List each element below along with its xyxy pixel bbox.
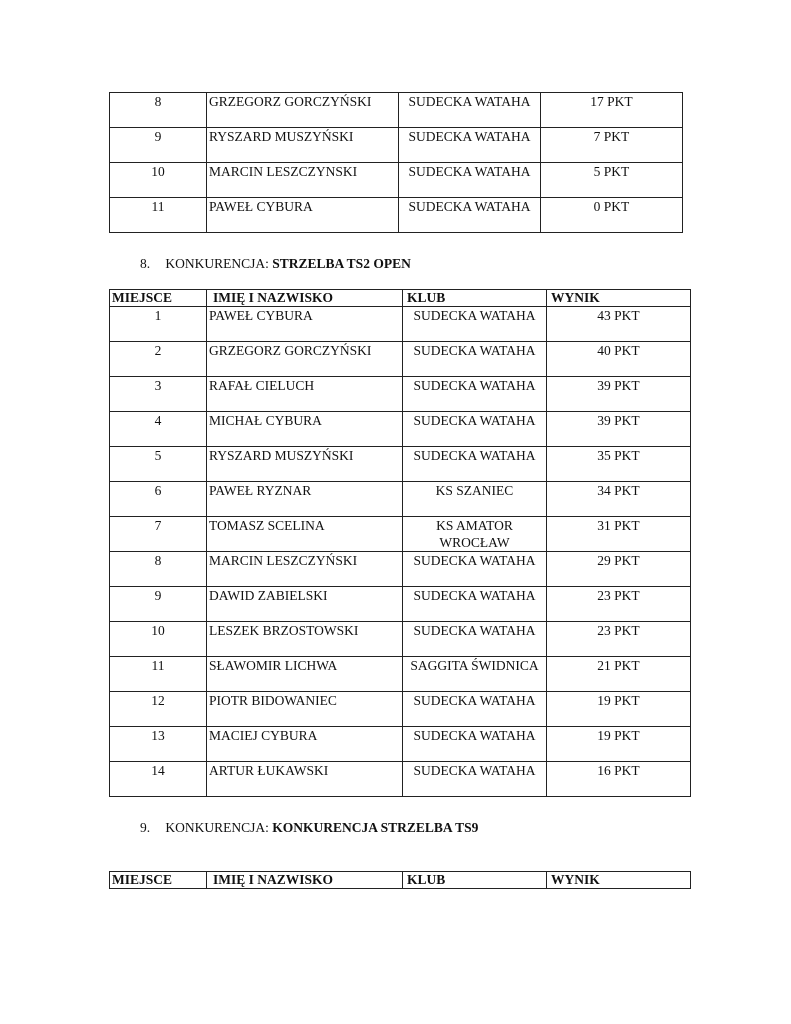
cell-score: 17 PKT: [541, 93, 683, 128]
table-row: 2GRZEGORZ GORCZYŃSKISUDECKA WATAHA40 PKT: [110, 342, 691, 377]
cell-club: SUDECKA WATAHA: [399, 163, 541, 198]
cell-place: 9: [110, 587, 207, 622]
table-row: 3RAFAŁ CIELUCHSUDECKA WATAHA39 PKT: [110, 377, 691, 412]
cell-name: SŁAWOMIR LICHWA: [207, 657, 403, 692]
section-number: 9.: [140, 820, 162, 836]
cell-name: PAWEŁ RYZNAR: [207, 482, 403, 517]
cell-name: LESZEK BRZOSTOWSKI: [207, 622, 403, 657]
cell-name: MARCIN LESZCZYNSKI: [207, 163, 399, 198]
cell-score: 43 PKT: [547, 307, 691, 342]
cell-place: 14: [110, 762, 207, 797]
cell-club: SUDECKA WATAHA: [403, 377, 547, 412]
table-row: 10LESZEK BRZOSTOWSKISUDECKA WATAHA23 PKT: [110, 622, 691, 657]
results-table-ts2-open: MIEJSCE IMIĘ I NAZWISKO KLUB WYNIK 1PAWE…: [109, 289, 691, 797]
cell-score: 21 PKT: [547, 657, 691, 692]
header-place: MIEJSCE: [110, 872, 207, 889]
cell-place: 13: [110, 727, 207, 762]
cell-score: 23 PKT: [547, 587, 691, 622]
section-heading-ts9: 9. KONKURENCJA: KONKURENCJA STRZELBA TS9: [140, 820, 478, 836]
header-name: IMIĘ I NAZWISKO: [207, 290, 403, 307]
cell-name: PAWEŁ CYBURA: [207, 307, 403, 342]
cell-score: 19 PKT: [547, 692, 691, 727]
header-score: WYNIK: [547, 872, 691, 889]
table-row: 9DAWID ZABIELSKISUDECKA WATAHA23 PKT: [110, 587, 691, 622]
cell-score: 40 PKT: [547, 342, 691, 377]
cell-place: 7: [110, 517, 207, 552]
cell-club: SUDECKA WATAHA: [403, 587, 547, 622]
cell-club: KS AMATOR WROCŁAW: [403, 517, 547, 552]
table-row: 9RYSZARD MUSZYŃSKISUDECKA WATAHA7 PKT: [110, 128, 683, 163]
cell-club: SUDECKA WATAHA: [403, 552, 547, 587]
cell-club: SUDECKA WATAHA: [403, 622, 547, 657]
cell-club: SUDECKA WATAHA: [399, 93, 541, 128]
cell-club: SUDECKA WATAHA: [403, 412, 547, 447]
cell-club: SUDECKA WATAHA: [403, 762, 547, 797]
header-place: MIEJSCE: [110, 290, 207, 307]
cell-club: SUDECKA WATAHA: [403, 447, 547, 482]
cell-place: 8: [110, 552, 207, 587]
table-row: 11SŁAWOMIR LICHWASAGGITA ŚWIDNICA21 PKT: [110, 657, 691, 692]
table-row: 13MACIEJ CYBURASUDECKA WATAHA19 PKT: [110, 727, 691, 762]
cell-score: 16 PKT: [547, 762, 691, 797]
table-row: 11PAWEŁ CYBURASUDECKA WATAHA0 PKT: [110, 198, 683, 233]
cell-score: 5 PKT: [541, 163, 683, 198]
cell-score: 39 PKT: [547, 377, 691, 412]
results-table-ts9: MIEJSCE IMIĘ I NAZWISKO KLUB WYNIK: [109, 871, 691, 889]
cell-place: 11: [110, 198, 207, 233]
cell-place: 5: [110, 447, 207, 482]
cell-score: 39 PKT: [547, 412, 691, 447]
table-row: 6PAWEŁ RYZNARKS SZANIEC34 PKT: [110, 482, 691, 517]
section-prefix: KONKURENCJA:: [165, 820, 269, 835]
cell-name: GRZEGORZ GORCZYŃSKI: [207, 93, 399, 128]
cell-score: 31 PKT: [547, 517, 691, 552]
cell-place: 10: [110, 622, 207, 657]
cell-score: 23 PKT: [547, 622, 691, 657]
section-title: KONKURENCJA STRZELBA TS9: [272, 820, 478, 835]
cell-name: TOMASZ SCELINA: [207, 517, 403, 552]
table-row: 5RYSZARD MUSZYŃSKISUDECKA WATAHA35 PKT: [110, 447, 691, 482]
table-row: 10MARCIN LESZCZYNSKISUDECKA WATAHA5 PKT: [110, 163, 683, 198]
cell-place: 2: [110, 342, 207, 377]
cell-club: SUDECKA WATAHA: [403, 727, 547, 762]
results-table-previous: 8GRZEGORZ GORCZYŃSKISUDECKA WATAHA17 PKT…: [109, 92, 683, 233]
table-header-row: MIEJSCE IMIĘ I NAZWISKO KLUB WYNIK: [110, 290, 691, 307]
cell-club: SUDECKA WATAHA: [403, 342, 547, 377]
cell-name: MACIEJ CYBURA: [207, 727, 403, 762]
header-name: IMIĘ I NAZWISKO: [207, 872, 403, 889]
section-title: STRZELBA TS2 OPEN: [272, 256, 411, 271]
cell-place: 10: [110, 163, 207, 198]
table-row: 1PAWEŁ CYBURASUDECKA WATAHA43 PKT: [110, 307, 691, 342]
cell-name: PAWEŁ CYBURA: [207, 198, 399, 233]
cell-name: PIOTR BIDOWANIEC: [207, 692, 403, 727]
section-heading-ts2: 8. KONKURENCJA: STRZELBA TS2 OPEN: [140, 256, 411, 272]
cell-score: 19 PKT: [547, 727, 691, 762]
cell-place: 8: [110, 93, 207, 128]
section-prefix: KONKURENCJA:: [165, 256, 269, 271]
cell-place: 4: [110, 412, 207, 447]
header-club: KLUB: [403, 872, 547, 889]
header-score: WYNIK: [547, 290, 691, 307]
cell-name: MARCIN LESZCZYŃSKI: [207, 552, 403, 587]
cell-club: KS SZANIEC: [403, 482, 547, 517]
cell-club: SUDECKA WATAHA: [403, 692, 547, 727]
cell-name: RAFAŁ CIELUCH: [207, 377, 403, 412]
cell-place: 11: [110, 657, 207, 692]
cell-club: SUDECKA WATAHA: [403, 307, 547, 342]
cell-name: MICHAŁ CYBURA: [207, 412, 403, 447]
cell-name: RYSZARD MUSZYŃSKI: [207, 447, 403, 482]
table-row: 8GRZEGORZ GORCZYŃSKISUDECKA WATAHA17 PKT: [110, 93, 683, 128]
cell-club: SAGGITA ŚWIDNICA: [403, 657, 547, 692]
cell-score: 29 PKT: [547, 552, 691, 587]
cell-place: 12: [110, 692, 207, 727]
cell-score: 35 PKT: [547, 447, 691, 482]
cell-score: 34 PKT: [547, 482, 691, 517]
cell-place: 9: [110, 128, 207, 163]
cell-score: 0 PKT: [541, 198, 683, 233]
cell-place: 1: [110, 307, 207, 342]
table-row: 8MARCIN LESZCZYŃSKISUDECKA WATAHA29 PKT: [110, 552, 691, 587]
cell-name: ARTUR ŁUKAWSKI: [207, 762, 403, 797]
cell-club: SUDECKA WATAHA: [399, 198, 541, 233]
cell-score: 7 PKT: [541, 128, 683, 163]
cell-place: 3: [110, 377, 207, 412]
cell-name: GRZEGORZ GORCZYŃSKI: [207, 342, 403, 377]
table-row: 7TOMASZ SCELINAKS AMATOR WROCŁAW31 PKT: [110, 517, 691, 552]
table-row: 14ARTUR ŁUKAWSKISUDECKA WATAHA16 PKT: [110, 762, 691, 797]
cell-name: RYSZARD MUSZYŃSKI: [207, 128, 399, 163]
table-row: 12PIOTR BIDOWANIECSUDECKA WATAHA19 PKT: [110, 692, 691, 727]
table-header-row: MIEJSCE IMIĘ I NAZWISKO KLUB WYNIK: [110, 872, 691, 889]
cell-club: SUDECKA WATAHA: [399, 128, 541, 163]
cell-place: 6: [110, 482, 207, 517]
header-club: KLUB: [403, 290, 547, 307]
section-number: 8.: [140, 256, 162, 272]
cell-name: DAWID ZABIELSKI: [207, 587, 403, 622]
table-row: 4MICHAŁ CYBURASUDECKA WATAHA39 PKT: [110, 412, 691, 447]
